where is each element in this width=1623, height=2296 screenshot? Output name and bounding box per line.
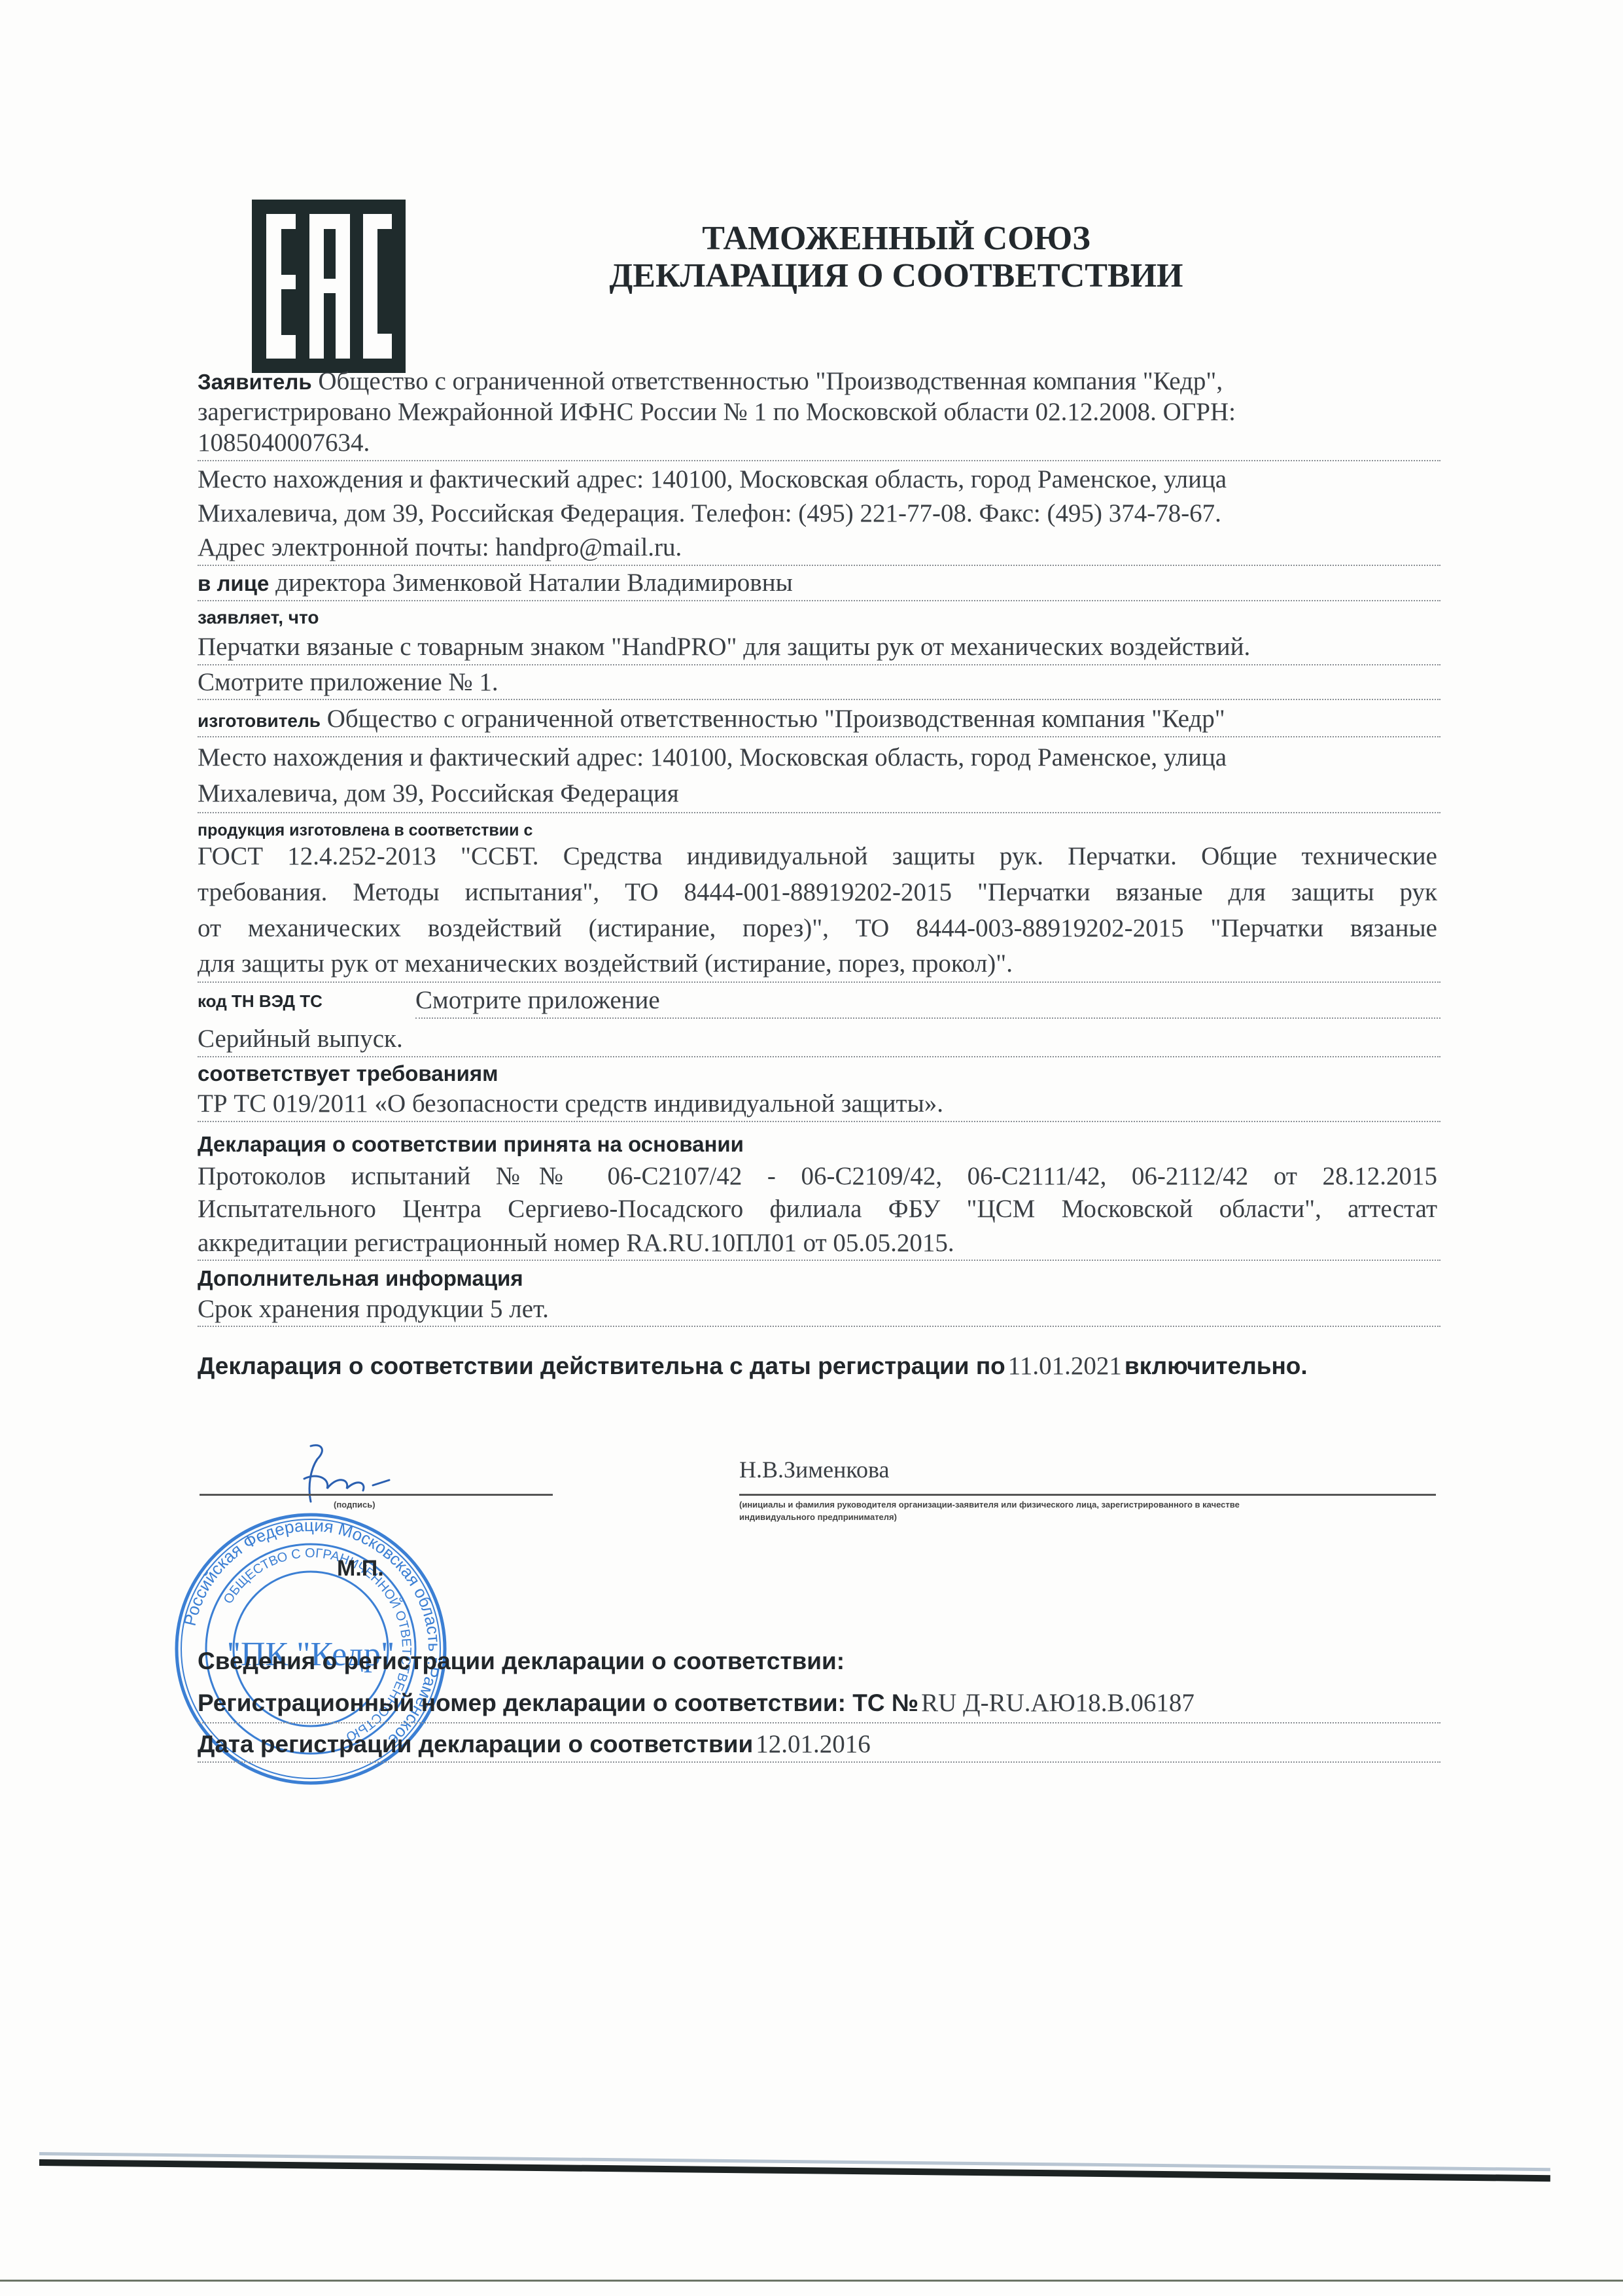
hs-code-value: Смотрите приложение [415,985,660,1015]
registration-number-value: RU Д-RU.АЮ18.В.06187 [921,1689,1195,1717]
divider [198,600,1440,601]
validity-statement: Декларация о соответствии действительна … [198,1351,1308,1381]
divider [198,1121,1440,1122]
divider [415,1017,1440,1019]
divider [198,1056,1440,1057]
applicant-ogrn: 1085040007634. [198,428,370,457]
applicant-name: Общество с ограниченной ответственностью… [318,367,1223,395]
standards-line: для защиты рук от механических воздейств… [198,949,1013,978]
divider [198,1326,1440,1327]
divider [198,460,1440,461]
title-declaration: ДЕКЛАРАЦИЯ О СООТВЕТСТВИИ [504,256,1289,295]
produced-per-label: продукция изготовлена в соответствии с [198,821,532,840]
signature-caption: (подпись) [334,1500,375,1510]
hs-code-label: код ТН ВЭД ТС [198,991,323,1012]
divider [198,812,1440,813]
product-description: Перчатки вязаные с товарным знаком "Hand… [198,632,1250,662]
basis-line: Испытательного Центра Сергиево-Посадског… [198,1194,1437,1224]
divider [198,1260,1440,1261]
manufacturer-label: изготовитель [198,711,321,731]
registration-date-value: 12.01.2016 [756,1730,871,1758]
registration-heading: Сведения о регистрации декларации о соот… [198,1648,845,1675]
validity-suffix: включительно. [1125,1352,1308,1379]
basis-line: Протоколов испытаний №№ 06-С2107/42 - 06… [198,1161,1437,1191]
registration-date-row: Дата регистрации декларации о соответств… [198,1729,871,1759]
applicant-registration: зарегистрировано Межрайонной ИФНС России… [198,397,1236,427]
applicant-email: Адрес электронной почты: handpro@mail.ru… [198,533,682,562]
registration-date-label: Дата регистрации декларации о соответств… [198,1731,753,1757]
applicant-address2: Михалевича, дом 39, Российская Федерация… [198,499,1221,528]
storage-period: Срок хранения продукции 5 лет. [198,1294,549,1324]
represented-by-value: директора Зименковой Наталии Владимировн… [275,569,793,597]
page-edge [0,2280,1623,2282]
name-line [739,1494,1436,1496]
registration-number-label: Регистрационный номер декларации о соотв… [198,1689,918,1716]
divider [198,736,1440,737]
divider [198,699,1440,700]
basis-line: аккредитации регистрационный номер RA.RU… [198,1228,954,1258]
manufacturer-name: Общество с ограниченной ответственностью… [327,705,1225,733]
applicant-label: Заявитель [198,370,312,394]
see-appendix: Смотрите приложение № 1. [198,667,498,697]
divider [198,981,1440,983]
divider [198,664,1440,665]
represented-by-row: в лице директора Зименковой Наталии Влад… [198,568,793,597]
registration-number-row: Регистрационный номер декларации о соотв… [198,1688,1195,1718]
manufacturer-row: изготовитель Общество с ограниченной отв… [198,704,1225,733]
name-caption-line2: индивидуального предпринимателя) [739,1512,897,1522]
standards-line: ГОСТ 12.4.252-2013 "ССБТ. Средства индив… [198,841,1437,871]
serial-production: Серийный выпуск. [198,1024,403,1053]
name-caption-line1: (инициалы и фамилия руководителя организ… [739,1500,1240,1510]
additional-info-label: Дополнительная информация [198,1266,523,1291]
manufacturer-address1: Место нахождения и фактический адрес: 14… [198,743,1227,772]
represented-by-label: в лице [198,571,269,595]
basis-label: Декларация о соответствии принята на осн… [198,1132,744,1157]
validity-date: 11.01.2021 [1008,1352,1122,1380]
standards-line: требования. Методы испытания", ТО 8444-0… [198,877,1437,907]
manufacturer-address2: Михалевича, дом 39, Российская Федерация [198,779,679,808]
applicant-line1: Заявитель Общество с ограниченной ответс… [198,366,1223,396]
title-customs-union: ТАМОЖЕННЫЙ СОЮЗ [504,219,1289,258]
seal-label: М.П. [337,1556,384,1581]
divider [198,1761,1440,1763]
eac-logo-icon [252,200,406,373]
standards-line: от механических воздействий (истирание, … [198,913,1437,943]
validity-prefix: Декларация о соответствии действительна … [198,1352,1005,1379]
complies-label: соответствует требованиям [198,1061,498,1086]
signature-line [200,1494,553,1496]
signatory-name: Н.В.Зименкова [739,1456,890,1483]
technical-regulation: ТР ТС 019/2011 «О безопасности средств и… [198,1089,943,1118]
declares-label: заявляет, что [198,607,319,628]
divider [198,1722,1440,1723]
divider [198,565,1440,566]
applicant-address1: Место нахождения и фактический адрес: 14… [198,465,1227,494]
